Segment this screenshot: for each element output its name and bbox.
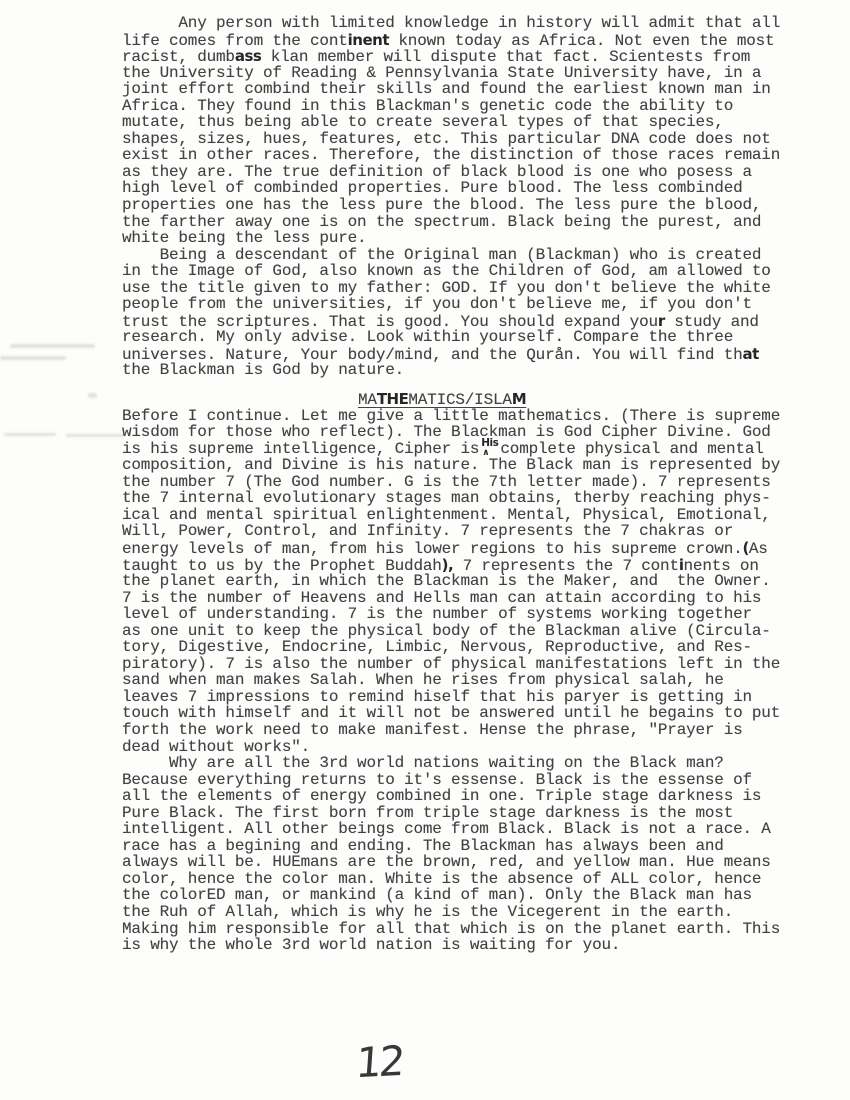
handwritten-correction: (	[743, 539, 749, 557]
text-line: properties one has the less pure the blo…	[122, 197, 832, 214]
text-line: Because everything returns to it's essen…	[122, 772, 832, 789]
text-line: joint effort combind their skills and fo…	[122, 81, 832, 98]
handwritten-correction: ass	[235, 47, 261, 65]
handwritten-correction: at	[743, 345, 759, 363]
handwritten-correction: inent	[348, 31, 389, 49]
text-line: composition, and Divine is his nature. T…	[122, 457, 832, 474]
text-line: use the title given to my father: GOD. I…	[122, 280, 832, 297]
text-line: leaves 7 impressions to remind hiself th…	[122, 689, 832, 706]
text-line: high level of combinded properties. Pure…	[122, 180, 832, 197]
text-line: sand when man makes Salah. When he rises…	[122, 672, 832, 689]
text-line: universes. Nature, Your body/mind, and t…	[122, 346, 832, 363]
text-line: the 7 internal evolutionary stages man o…	[122, 490, 832, 507]
scan-smudge	[4, 433, 56, 436]
text-line: energy levels of man, from his lower reg…	[122, 540, 832, 557]
blank-line	[122, 379, 832, 391]
text-line: life comes from the continent known toda…	[122, 32, 832, 49]
handwritten-correction: i	[679, 556, 684, 574]
section-heading-mathematics-islam: MATHEMATICS/ISLAM	[122, 391, 832, 408]
handwritten-correction: M	[512, 390, 526, 408]
text-line: Pure Black. The first born from triple s…	[122, 805, 832, 822]
text-line: in the Image of God, also known as the C…	[122, 263, 832, 280]
text-line: Will, Power, Control, and Infinity. 7 re…	[122, 523, 832, 540]
text-line: ical and mental spiritual enlightenment.…	[122, 507, 832, 524]
text-line: the number 7 (The God number. G is the 7…	[122, 474, 832, 491]
text-line: Before I continue. Let me give a little …	[122, 408, 832, 425]
text-line: people from the universities, if you don…	[122, 296, 832, 313]
handwritten-page-number: 12	[354, 1037, 403, 1088]
text-line: exist in other races. Therefore, the dis…	[122, 147, 832, 164]
text-line: the Ruh of Allah, which is why he is the…	[122, 904, 832, 921]
text-line: is why the whole 3rd world nation is wai…	[122, 937, 832, 954]
text-line: level of understanding. 7 is the number …	[122, 606, 832, 623]
text-line: Africa. They found in this Blackman's ge…	[122, 98, 832, 115]
text-line: touch with himself and it will not be an…	[122, 705, 832, 722]
text-line: piratory). 7 is also the number of physi…	[122, 656, 832, 673]
scan-smudge	[10, 344, 95, 348]
scan-smudge	[66, 434, 124, 437]
text-line: always will be. HUEmans are the brown, r…	[122, 854, 832, 871]
handwritten-correction: THE	[377, 390, 409, 408]
text-line: racist, dumbass klan member will dispute…	[122, 48, 832, 65]
text-line: is his supreme intelligence, Cipher isHi…	[122, 441, 832, 458]
text-line: research. My only advise. Look within yo…	[122, 329, 832, 346]
text-line: mutate, thus being able to create severa…	[122, 114, 832, 131]
text-line: Being a descendant of the Original man (…	[122, 247, 832, 264]
scan-smudge	[88, 393, 97, 398]
text-line: shapes, sizes, hues, features, etc. This…	[122, 131, 832, 148]
text-line: taught to us by the Prophet Buddah), 7 r…	[122, 557, 832, 574]
text-line: white being the less pure.	[122, 230, 832, 247]
text-line: forth the work need to make manifest. He…	[122, 722, 832, 739]
handwritten-correction: r	[658, 312, 665, 330]
text-line: the Blackman is God by nature.	[122, 362, 832, 379]
text-line: the farther away one is on the spectrum.…	[122, 214, 832, 231]
text-line: Making him responsible for all that whic…	[122, 921, 832, 938]
text-line: intelligent. All other beings come from …	[122, 821, 832, 838]
document-body: Any person with limited knowledge in his…	[122, 15, 832, 954]
text-line: 7 is the number of Heavens and Hells man…	[122, 590, 832, 607]
text-line: trust the scriptures. That is good. You …	[122, 313, 832, 330]
text-line: all the elements of energy combined in o…	[122, 788, 832, 805]
text-line: the planet earth, in which the Blackman …	[122, 573, 832, 590]
text-line: dead without works".	[122, 739, 832, 756]
scanned-document-page: Any person with limited knowledge in his…	[0, 0, 850, 1100]
handwritten-correction: ),	[442, 556, 454, 574]
text-line: Why are all the 3rd world nations waitin…	[122, 755, 832, 772]
scan-smudge	[0, 356, 66, 360]
text-line: race has a begining and ending. The Blac…	[122, 838, 832, 855]
text-line: the colorED man, or mankind (a kind of m…	[122, 887, 832, 904]
text-line: as they are. The true definition of blac…	[122, 164, 832, 181]
text-line: Any person with limited knowledge in his…	[122, 15, 832, 32]
handwritten-insertion: His	[481, 435, 498, 452]
text-line: the University of Reading & Pennsylvania…	[122, 65, 832, 82]
text-line: color, hence the color man. White is the…	[122, 871, 832, 888]
text-line: wisdom for those who reflect). The Black…	[122, 424, 832, 441]
text-line: as one unit to keep the physical body of…	[122, 623, 832, 640]
text-line: tory, Digestive, Endocrine, Limbic, Nerv…	[122, 639, 832, 656]
